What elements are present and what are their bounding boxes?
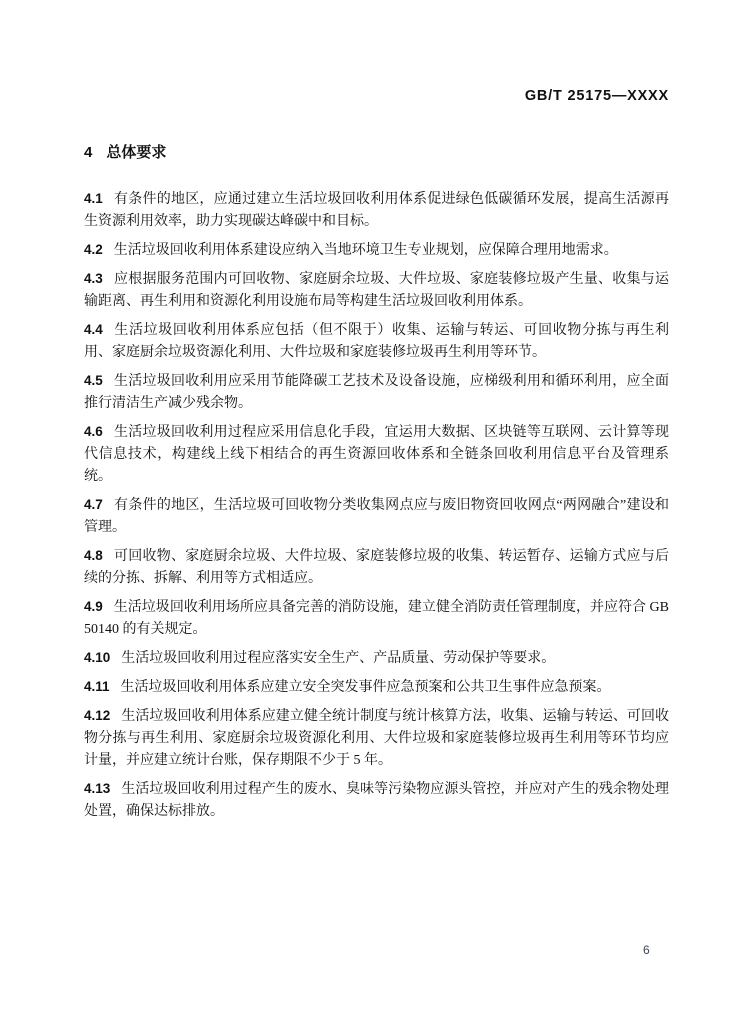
clause-number: 4.12 [84,708,110,723]
clause-4-5: 4.5生活垃圾回收利用应采用节能降碳工艺技术及设备设施，应梯级利用和循环利用，应… [84,370,669,415]
clause-text: 生活垃圾回收利用过程应采用信息化手段，宜运用大数据、区块链等互联网、云计算等现代… [84,425,669,484]
clause-number: 4.8 [84,548,103,563]
clause-text: 生活垃圾回收利用过程产生的废水、臭味等污染物应源头管控，并应对产生的残余物处理处… [84,782,669,819]
section-title: 总体要求 [106,144,166,161]
clause-number: 4.10 [84,650,110,665]
clause-text: 生活垃圾回收利用过程应落实安全生产、产品质量、劳动保护等要求。 [121,651,555,666]
clause-4-9: 4.9生活垃圾回收利用场所应具备完善的消防设施，建立健全消防责任管理制度，并应符… [84,596,669,641]
clause-number: 4.7 [84,497,103,512]
clause-text: 生活垃圾回收利用体系应建立健全统计制度与统计核算方法，收集、运输与转运、可回收物… [84,709,669,768]
clause-4-4: 4.4生活垃圾回收利用体系应包括（但不限于）收集、运输与转运、可回收物分拣与再生… [84,319,669,364]
page-number: 6 [643,943,650,957]
clause-text: 生活垃圾回收利用应采用节能降碳工艺技术及设备设施，应梯级利用和循环利用，应全面推… [84,374,669,411]
clause-text: 应根据服务范围内可回收物、家庭厨余垃圾、大件垃圾、家庭装修垃圾产生量、收集与运输… [84,272,669,309]
clause-4-6: 4.6生活垃圾回收利用过程应采用信息化手段，宜运用大数据、区块链等互联网、云计算… [84,421,669,488]
section-heading: 4总体要求 [84,141,669,162]
document-body: 4总体要求 4.1有条件的地区，应通过建立生活垃圾回收利用体系促进绿色低碳循环发… [84,141,669,829]
clause-number: 4.5 [84,373,103,388]
clause-text: 生活垃圾回收利用体系建设应纳入当地环境卫生专业规划，应保障合理用地需求。 [114,243,618,258]
clause-number: 4.11 [84,679,110,694]
clause-text: 有条件的地区，生活垃圾可回收物分类收集网点应与废旧物资回收网点“两网融合”建设和… [84,498,669,535]
clause-4-7: 4.7有条件的地区，生活垃圾可回收物分类收集网点应与废旧物资回收网点“两网融合”… [84,494,669,539]
clause-number: 4.13 [84,781,110,796]
clause-4-13: 4.13生活垃圾回收利用过程产生的废水、臭味等污染物应源头管控，并应对产生的残余… [84,778,669,823]
standard-code-header: GB/T 25175—XXXX [525,88,669,104]
clause-4-10: 4.10生活垃圾回收利用过程应落实安全生产、产品质量、劳动保护等要求。 [84,647,669,670]
clause-text: 生活垃圾回收利用体系应包括（但不限于）收集、运输与转运、可回收物分拣与再生利用、… [84,323,669,360]
clause-text: 可回收物、家庭厨余垃圾、大件垃圾、家庭装修垃圾的收集、转运暂存、运输方式应与后续… [84,549,669,586]
clause-4-1: 4.1有条件的地区，应通过建立生活垃圾回收利用体系促进绿色低碳循环发展，提高生活… [84,188,669,233]
clause-4-8: 4.8可回收物、家庭厨余垃圾、大件垃圾、家庭装修垃圾的收集、转运暂存、运输方式应… [84,545,669,590]
clause-4-11: 4.11生活垃圾回收利用体系应建立安全突发事件应急预案和公共卫生事件应急预案。 [84,676,669,699]
clause-number: 4.4 [84,322,103,337]
clause-text: 生活垃圾回收利用体系应建立安全突发事件应急预案和公共卫生事件应急预案。 [121,680,611,695]
clause-number: 4.3 [84,271,103,286]
clause-text: 有条件的地区，应通过建立生活垃圾回收利用体系促进绿色低碳循环发展，提高生活源再生… [84,192,669,229]
clause-4-2: 4.2生活垃圾回收利用体系建设应纳入当地环境卫生专业规划，应保障合理用地需求。 [84,239,669,262]
clause-number: 4.6 [84,424,103,439]
section-number: 4 [84,144,92,161]
clause-number: 4.2 [84,242,103,257]
clause-number: 4.9 [84,599,103,614]
clause-4-12: 4.12生活垃圾回收利用体系应建立健全统计制度与统计核算方法，收集、运输与转运、… [84,705,669,772]
clause-number: 4.1 [84,191,103,206]
clause-text: 生活垃圾回收利用场所应具备完善的消防设施，建立健全消防责任管理制度，并应符合 G… [84,600,669,637]
clause-4-3: 4.3应根据服务范围内可回收物、家庭厨余垃圾、大件垃圾、家庭装修垃圾产生量、收集… [84,268,669,313]
document-page: GB/T 25175—XXXX 4总体要求 4.1有条件的地区，应通过建立生活垃… [0,0,731,1028]
